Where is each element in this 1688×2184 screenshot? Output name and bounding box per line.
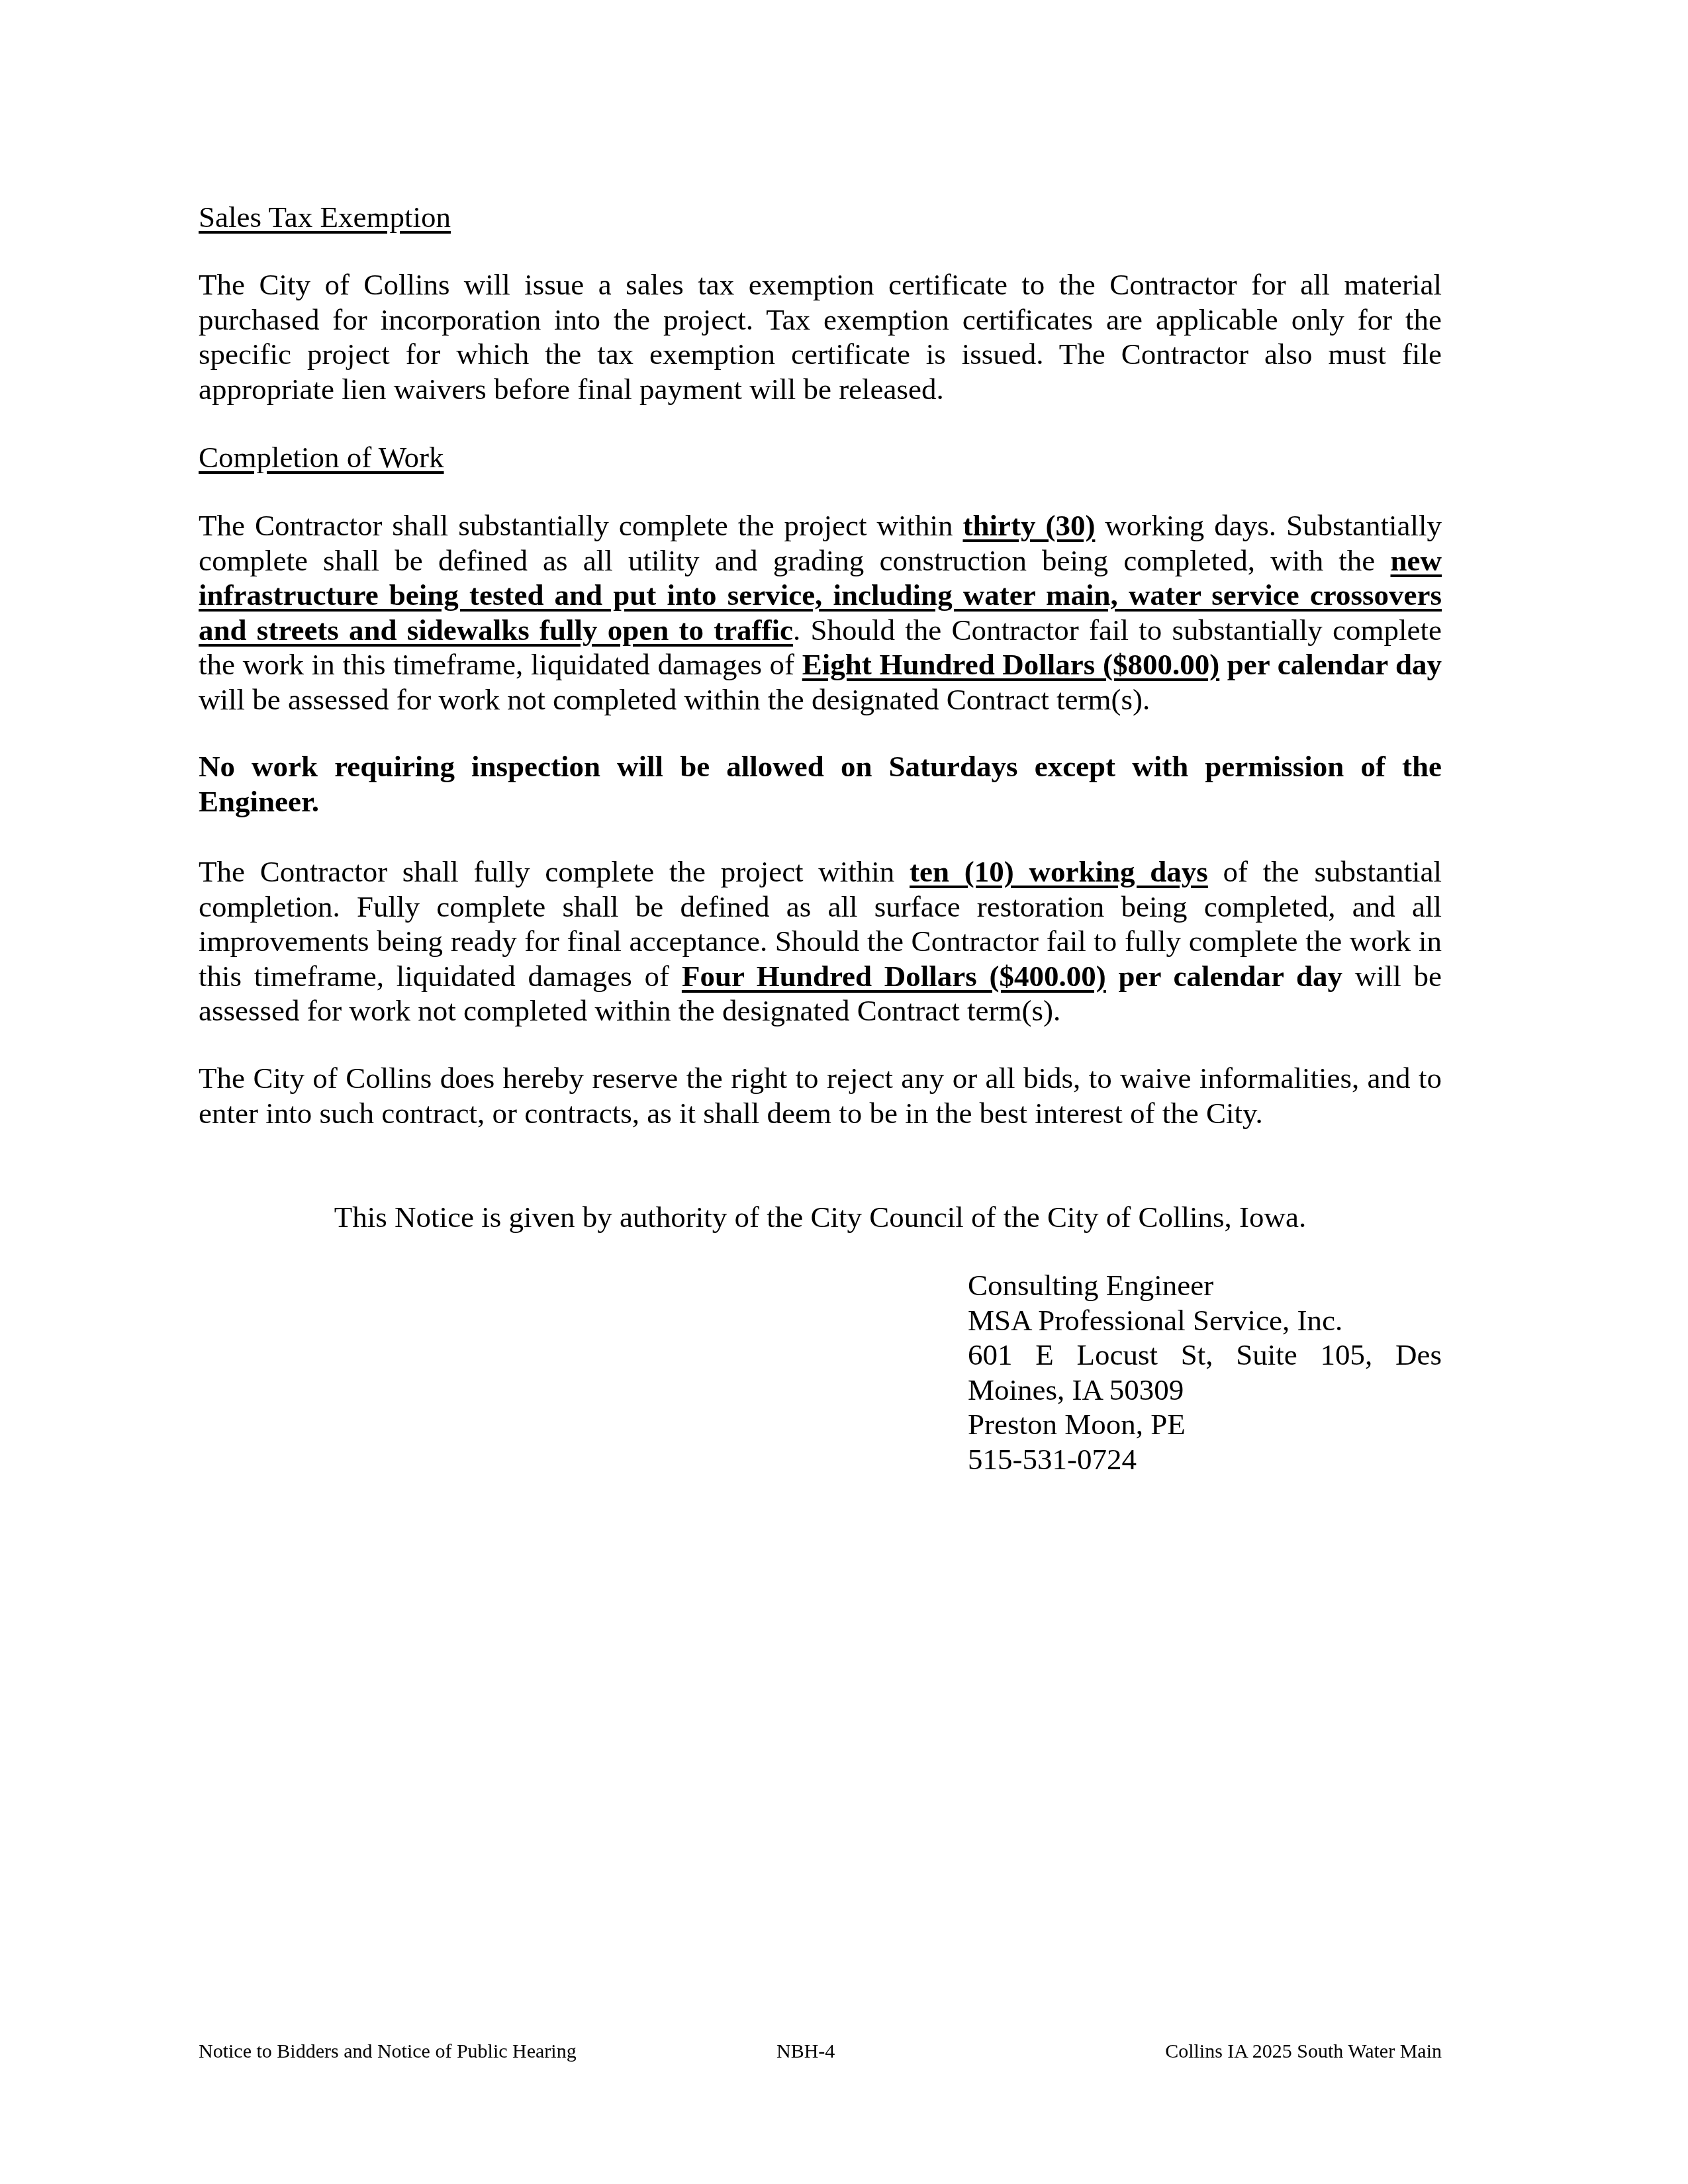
reservation-paragraph: The City of Collins does hereby reserve … bbox=[199, 1061, 1442, 1130]
page-number: NBH-4 bbox=[776, 2040, 835, 2063]
signature-address-2: Moines, IA 50309 bbox=[968, 1373, 1442, 1408]
text: The Contractor shall substantially compl… bbox=[199, 509, 962, 542]
authority-statement: This Notice is given by authority of the… bbox=[199, 1200, 1442, 1235]
signature-name: Preston Moon, PE bbox=[968, 1407, 1442, 1442]
per-calendar-day: per calendar day bbox=[1106, 960, 1342, 993]
per-calendar-day: per calendar day bbox=[1219, 648, 1442, 681]
substantial-completion-paragraph: The Contractor shall substantially compl… bbox=[199, 508, 1442, 717]
text: The Contractor shall fully complete the … bbox=[199, 855, 910, 888]
damages-800: Eight Hundred Dollars ($800.00) bbox=[802, 648, 1219, 681]
signature-address-1: 601 E Locust St, Suite 105, Des bbox=[968, 1338, 1442, 1373]
page-footer: Notice to Bidders and Notice of Public H… bbox=[199, 2040, 1442, 2067]
text: will be assessed for work not completed … bbox=[199, 683, 1150, 716]
completion-heading: Completion of Work bbox=[199, 440, 1442, 475]
signature-phone: 515-531-0724 bbox=[968, 1442, 1442, 1477]
saturday-note: No work requiring inspection will be all… bbox=[199, 749, 1442, 819]
sales-tax-heading: Sales Tax Exemption bbox=[199, 200, 1442, 235]
sales-tax-paragraph: The City of Collins will issue a sales t… bbox=[199, 267, 1442, 406]
signature-block: Consulting Engineer MSA Professional Ser… bbox=[968, 1268, 1442, 1477]
ten-working-days: ten (10) working days bbox=[910, 855, 1208, 888]
signature-title: Consulting Engineer bbox=[968, 1268, 1442, 1303]
footer-left: Notice to Bidders and Notice of Public H… bbox=[199, 2040, 577, 2063]
thirty-days: thirty (30) bbox=[962, 509, 1095, 542]
footer-right: Collins IA 2025 South Water Main bbox=[1165, 2040, 1442, 2063]
signature-company: MSA Professional Service, Inc. bbox=[968, 1303, 1442, 1338]
damages-400: Four Hundred Dollars ($400.00) bbox=[682, 960, 1106, 993]
full-completion-paragraph: The Contractor shall fully complete the … bbox=[199, 854, 1442, 1028]
